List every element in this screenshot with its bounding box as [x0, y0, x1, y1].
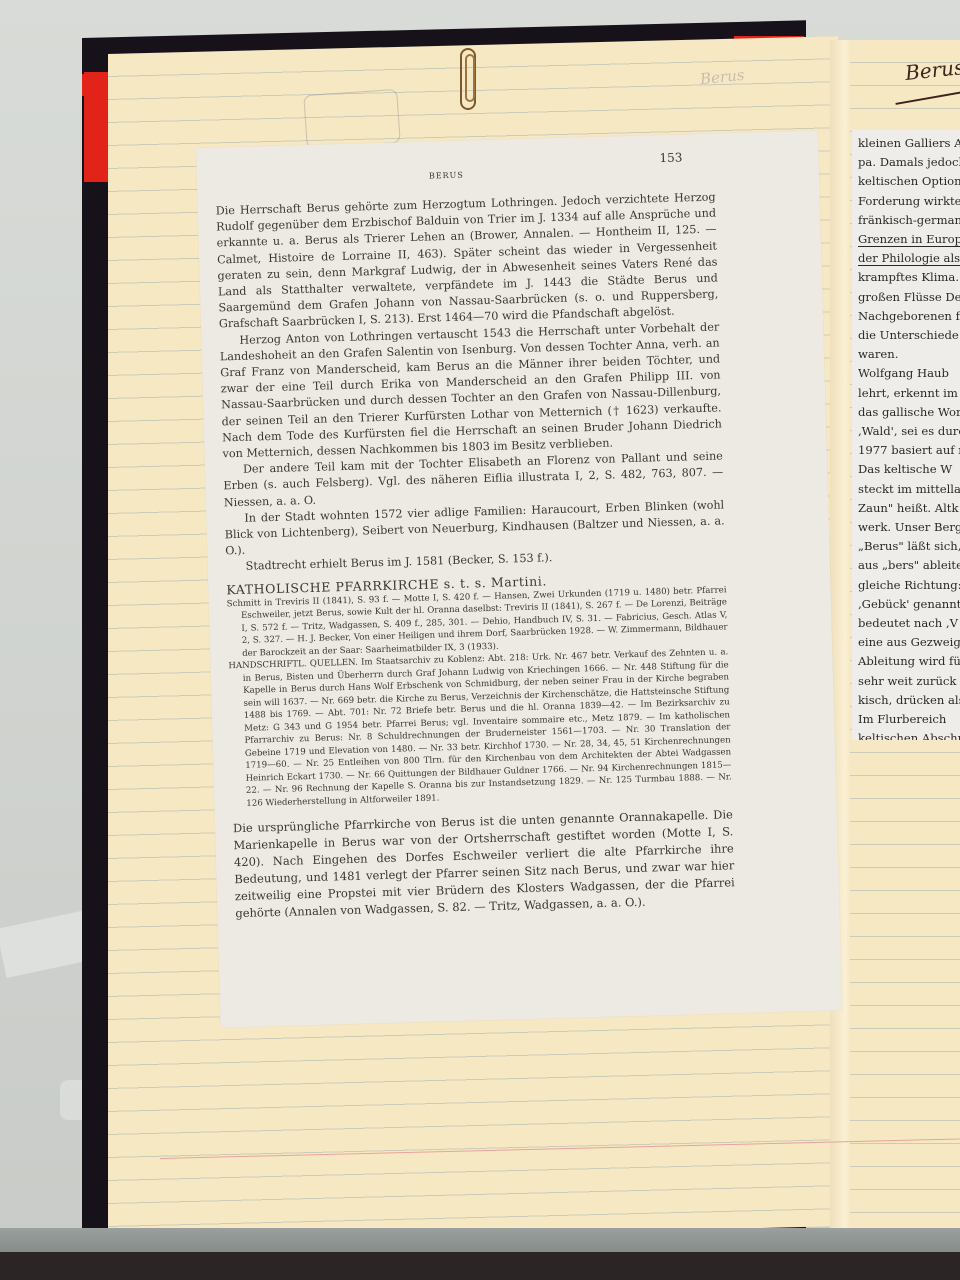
- clipping-line: Zaun" heißt. Altk: [858, 499, 960, 518]
- clipping-text: kleinen Galliers Astepa. Damals jedochke…: [858, 134, 960, 740]
- clipping-line: sehr weit zurück: [858, 672, 960, 691]
- clipping-line: großen Flüsse Deu: [858, 288, 960, 307]
- clipping-line: Grenzen in Europa: [858, 230, 960, 249]
- printed-body: Die Herrschaft Berus gehörte zum Herzogt…: [216, 190, 736, 923]
- clipping-line: krampftes Klima. D: [858, 268, 960, 287]
- clipping-line: bedeutet nach ‚V: [858, 614, 960, 633]
- shelf-edge: [0, 1228, 960, 1252]
- clipping-line: die Unterschiede zu: [858, 326, 960, 345]
- clipping-line: gleiche Richtung: ,: [858, 576, 960, 595]
- clipping-line: das gallische Wort: [858, 403, 960, 422]
- clipping-line: der Philologie als: [858, 249, 960, 268]
- sources-text: HANDSCHRIFTL. QUELLEN. Im Staatsarchiv z…: [228, 647, 732, 811]
- clipping-line: keltischen Abschn: [858, 729, 960, 740]
- clipping-line: keltischen Option Fr: [858, 172, 960, 191]
- paragraph: Die Herrschaft Berus gehörte zum Herzogt…: [216, 190, 719, 334]
- cover-red-corner: [84, 72, 108, 182]
- clipping-line: Das keltische W: [858, 460, 960, 479]
- clipping-line: „Berus" läßt sich,: [858, 537, 960, 556]
- running-head: BERUS: [429, 171, 464, 181]
- clipping-line: ‚Wald', sei es durc: [858, 422, 960, 441]
- clipping-line: Im Flurbereich: [858, 710, 960, 729]
- floor: [0, 1252, 960, 1280]
- clipping-line: Ableitung wird fü: [858, 652, 960, 671]
- clipping-line: steckt im mittellate: [858, 480, 960, 499]
- literature-block: Schmitt in Treviris II (1841), S. 93 f. …: [227, 584, 733, 810]
- closing-paragraph: Die ursprüngliche Pfarrkirche von Berus …: [233, 807, 736, 923]
- clipping-line: lehrt, erkennt im zv: [858, 384, 960, 403]
- clipping-line: Forderung wirkte.: [858, 192, 960, 211]
- clipping-line: werk. Unser Berg: [858, 518, 960, 537]
- clipping-line: kisch, drücken als: [858, 691, 960, 710]
- clipping-line: 1977 basiert auf n: [858, 441, 960, 460]
- clipping-line: waren.: [858, 345, 960, 364]
- right-page-clipping: kleinen Galliers Astepa. Damals jedochke…: [852, 130, 960, 740]
- paperclip-icon: [460, 48, 476, 110]
- printed-page: 153 BERUS Die Herrschaft Berus gehörte z…: [196, 131, 842, 1028]
- clipping-line: pa. Damals jedoch: [858, 153, 960, 172]
- clipping-line: Wolfgang Haub: [858, 364, 960, 383]
- clipping-line: kleinen Galliers Aste: [858, 134, 960, 153]
- clipping-line: ‚Gebück' genannt: [858, 595, 960, 614]
- clipping-line: aus „bers" ableite: [858, 556, 960, 575]
- clipping-line: Nachgeborenen fra: [858, 307, 960, 326]
- clipping-line: eine aus Gezweig: [858, 633, 960, 652]
- pencil-mark-box: [303, 89, 401, 149]
- paragraph: Herzog Anton von Lothringen vertauscht 1…: [219, 319, 722, 463]
- page-number: 153: [659, 150, 682, 165]
- clipping-line: fränkisch-germanisc: [858, 211, 960, 230]
